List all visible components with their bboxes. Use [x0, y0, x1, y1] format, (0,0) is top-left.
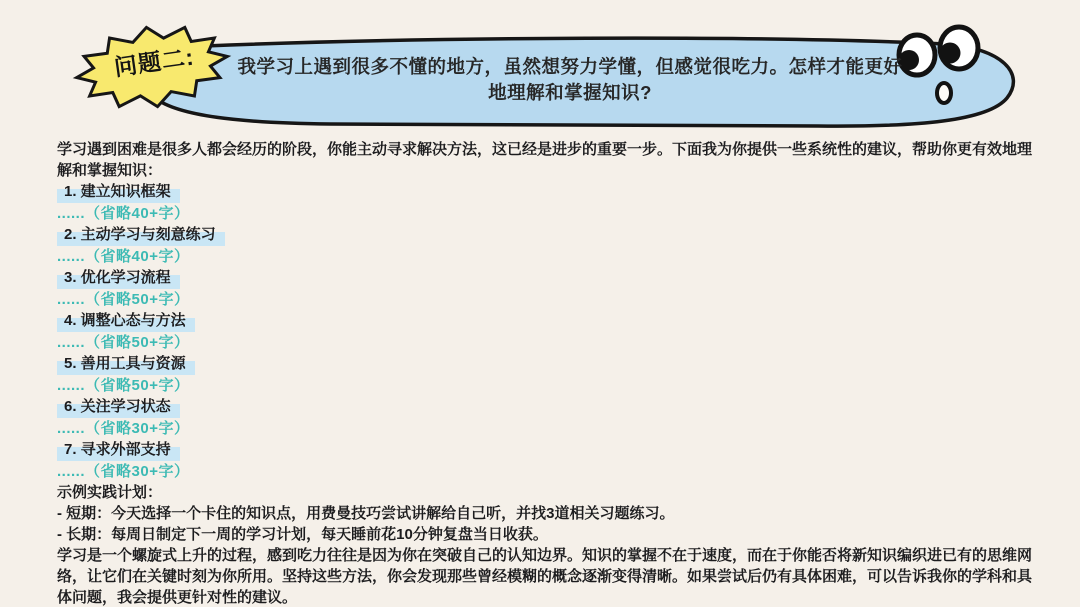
section-item-4: 4. 调整心态与方法 ......（省略50+字）: [57, 310, 1042, 353]
closing-paragraph: 学习是一个螺旋式上升的过程，感到吃力往往是因为你在突破自己的认知边界。知识的掌握…: [57, 545, 1042, 607]
section-title-text: 7. 寻求外部支持: [57, 439, 180, 461]
question-line-2: 地理解和掌握知识?: [200, 80, 940, 106]
section-title-text: 6. 关注学习状态: [57, 396, 180, 418]
omitted-note: ......（省略40+字）: [57, 246, 1042, 267]
plan-item-short-term: - 短期：今天选择一个卡住的知识点，用费曼技巧尝试讲解给自己听，并找3道相关习题…: [57, 503, 1042, 524]
omitted-note: ......（省略50+字）: [57, 332, 1042, 353]
section-title: 3. 优化学习流程: [57, 267, 1042, 289]
intro-paragraph: 学习遇到困难是很多人都会经历的阶段，你能主动寻求解决方法，这已经是进步的重要一步…: [57, 139, 1042, 181]
question-bubble-text: 我学习上遇到很多不懂的地方，虽然想努力学懂，但感觉很吃力。怎样才能更好 地理解和…: [200, 54, 940, 106]
plan-item-long-term: - 长期：每周日制定下一周的学习计划，每天睡前花10分钟复盘当日收获。: [57, 524, 1042, 545]
section-title-text: 4. 调整心态与方法: [57, 310, 195, 332]
section-title-text: 5. 善用工具与资源: [57, 353, 195, 375]
section-item-2: 2. 主动学习与刻意练习 ......（省略40+字）: [57, 224, 1042, 267]
page-background: 问题二: 我学习上遇到很多不懂的地方，虽然想努力学懂，但感觉很吃力。怎样才能更好…: [0, 0, 1080, 607]
section-item-5: 5. 善用工具与资源 ......（省略50+字）: [57, 353, 1042, 396]
section-title: 5. 善用工具与资源: [57, 353, 1042, 375]
question-line-1: 我学习上遇到很多不懂的地方，虽然想努力学懂，但感觉很吃力。怎样才能更好: [200, 54, 940, 80]
section-title: 4. 调整心态与方法: [57, 310, 1042, 332]
section-title: 6. 关注学习状态: [57, 396, 1042, 418]
section-title-text: 3. 优化学习流程: [57, 267, 180, 289]
omitted-note: ......（省略50+字）: [57, 289, 1042, 310]
omitted-note: ......（省略50+字）: [57, 375, 1042, 396]
section-item-6: 6. 关注学习状态 ......（省略30+字）: [57, 396, 1042, 439]
section-item-1: 1. 建立知识框架 ......（省略40+字）: [57, 181, 1042, 224]
section-title-text: 2. 主动学习与刻意练习: [57, 224, 225, 246]
section-title: 2. 主动学习与刻意练习: [57, 224, 1042, 246]
section-title-text: 1. 建立知识框架: [57, 181, 180, 203]
section-item-3: 3. 优化学习流程 ......（省略50+字）: [57, 267, 1042, 310]
plan-title: 示例实践计划：: [57, 482, 1042, 503]
answer-body: 学习遇到困难是很多人都会经历的阶段，你能主动寻求解决方法，这已经是进步的重要一步…: [57, 139, 1042, 607]
section-title: 1. 建立知识框架: [57, 181, 1042, 203]
omitted-note: ......（省略30+字）: [57, 461, 1042, 482]
omitted-note: ......（省略30+字）: [57, 418, 1042, 439]
section-item-7: 7. 寻求外部支持 ......（省略30+字）: [57, 439, 1042, 482]
section-title: 7. 寻求外部支持: [57, 439, 1042, 461]
omitted-note: ......（省略40+字）: [57, 203, 1042, 224]
